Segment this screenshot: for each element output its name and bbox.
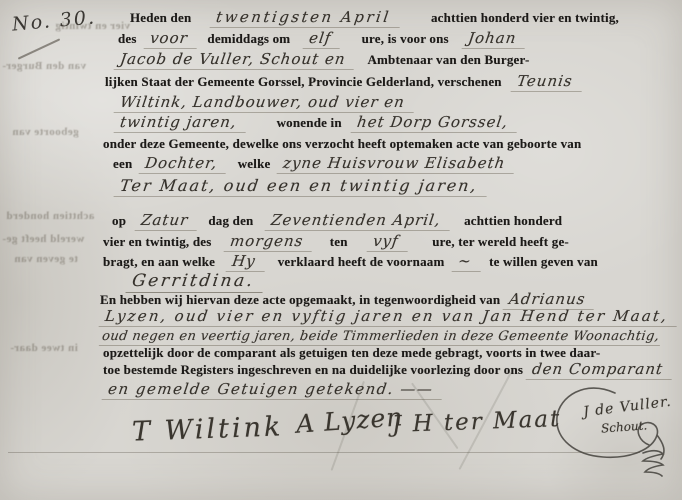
printed-text: Heden den (130, 10, 191, 25)
document-line: opZaturdag denZeventienden April,achttie… (112, 211, 562, 233)
document-line: en gemelde Getuigen getekend. —— (103, 380, 443, 402)
printed-text: wonende in (277, 115, 342, 130)
printed-text: op (112, 213, 126, 228)
handwritten-text: twentigsten April (210, 8, 402, 28)
printed-text: welke (238, 156, 271, 171)
printed-text: te willen geven van (489, 254, 598, 269)
document-line: vier en twintig, desmorgenstenvyfure, te… (103, 232, 569, 254)
printed-text: achttien honderd vier en twintig, (431, 10, 619, 25)
document-line: Jacob de Vuller, Schout enAmbtenaar van … (115, 50, 530, 72)
document-line: eenDochter,welkezyne Huisvrouw Elisabeth (113, 154, 516, 176)
handwritten-text: Ter Maat, oud een en twintig jaren, (114, 176, 490, 197)
handwritten-text: elf (303, 29, 343, 49)
printed-text: onder deze Gemeente, dewelke ons verzoch… (103, 136, 581, 151)
handwritten-text: Hy (226, 252, 267, 272)
handwritten-text: ~ (451, 252, 482, 272)
printed-text: ure, is voor ons (362, 31, 449, 46)
document-line: Heden dentwentigsten Aprilachttien honde… (130, 8, 619, 30)
handwritten-text: Wiltink, Landbouwer, oud vier en (114, 93, 417, 113)
document-line: toe bestemde Registers ingeschreven en n… (103, 360, 673, 382)
printed-text: ure, ter wereld heeft ge- (432, 234, 569, 249)
handwritten-text: het Dorp Gorssel, (350, 113, 519, 133)
printed-text: En hebben wij hiervan deze acte opgemaak… (100, 292, 500, 307)
document-line: Wiltink, Landbouwer, oud vier en (115, 93, 415, 115)
document-line: lijken Staat der Gemeente Gorssel, Provi… (105, 72, 582, 94)
printed-text: vier en twintig, des (103, 234, 211, 249)
handwritten-text: morgens (224, 232, 315, 252)
handwritten-text: Zeventienden April, (264, 211, 451, 231)
signature-flourish-icon (545, 383, 680, 483)
handwritten-text: Johan (461, 29, 527, 49)
document-line: Lyzen, oud vier en vyftig jaren en van J… (100, 307, 678, 329)
handwritten-text: Dochter, (139, 154, 229, 174)
handwritten-text: en gemelde Getuigen getekend. —— (102, 380, 445, 400)
signature-baseline (8, 452, 640, 453)
printed-text: opzettelijk door de comparant als getuig… (103, 345, 600, 360)
document-line: desvoordemiddags omelfure, is voor onsJo… (118, 29, 526, 51)
printed-text: dag den (208, 213, 253, 228)
printed-text: een (113, 156, 132, 171)
signature-comparant: T Wiltink (132, 411, 284, 447)
handwritten-text: voor (143, 29, 199, 49)
printed-text: ten (330, 234, 348, 249)
handwritten-text: zyne Huisvrouw Elisabeth (277, 154, 517, 174)
printed-text: Ambtenaar van den Burger- (367, 52, 529, 67)
handwritten-text: Lyzen, oud vier en vyftig jaren en van J… (99, 307, 680, 327)
handwritten-text: twintig jaren, (114, 113, 248, 133)
printed-text: des (118, 31, 137, 46)
printed-text: achttien honderd (464, 213, 562, 228)
document-line: twintig jaren,wonende inhet Dorp Gorssel… (115, 113, 518, 135)
document-line: Ter Maat, oud een en twintig jaren, (115, 176, 488, 198)
handwritten-text: Teunis (510, 72, 583, 92)
printed-text: demiddags om (207, 31, 290, 46)
printed-text: lijken Staat der Gemeente Gorssel, Provi… (105, 74, 502, 89)
handwritten-text: Zatur (135, 211, 200, 231)
handwritten-text: vyf (366, 232, 409, 252)
scanned-document: No. 30. vier en twintigvan den Burger-ge… (0, 0, 682, 500)
printed-text: bragt, en aan welke (103, 254, 215, 269)
handwritten-text: den Comparant (526, 360, 675, 380)
printed-text: verklaard heeft de voornaam (278, 254, 445, 269)
handwritten-text: Jacob de Vuller, Schout en (114, 50, 357, 70)
printed-text: toe bestemde Registers ingeschreven en n… (103, 362, 523, 377)
